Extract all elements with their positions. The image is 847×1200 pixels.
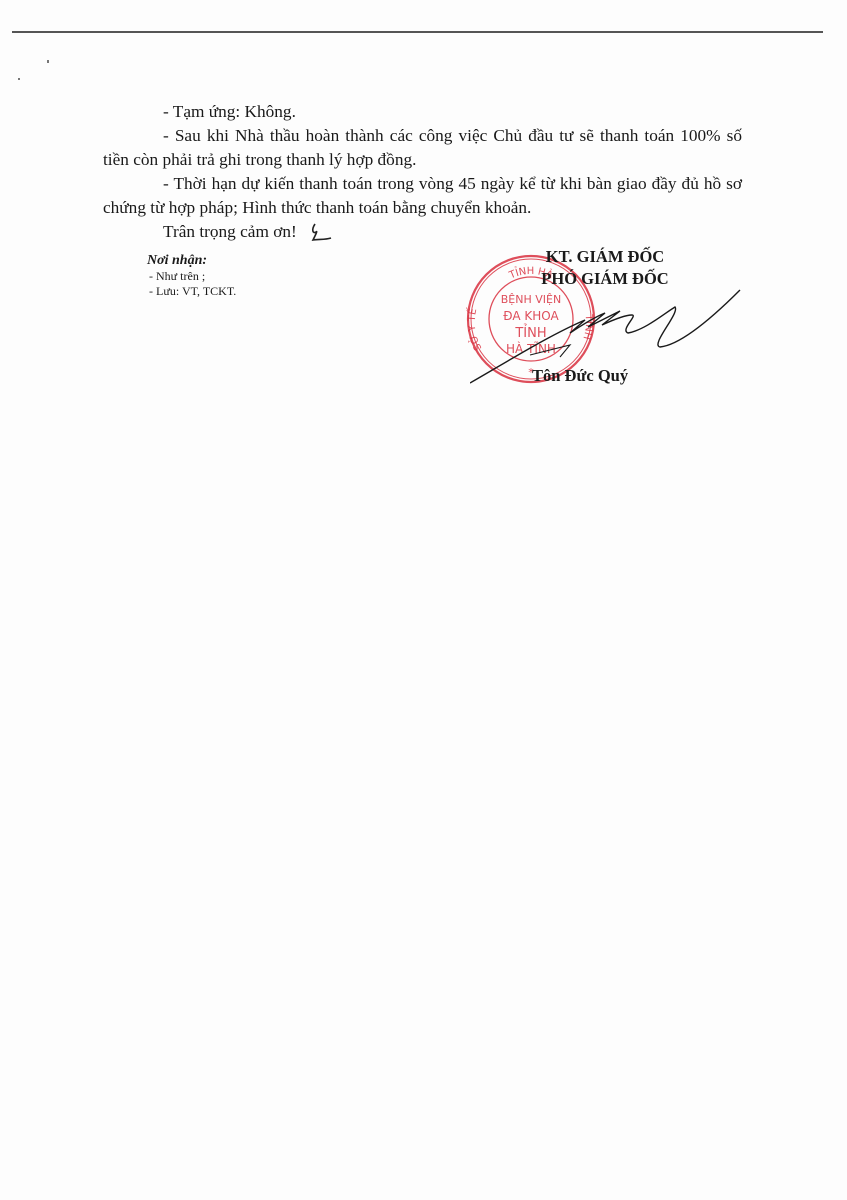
scan-speck — [18, 78, 20, 80]
recipients-block: Nơi nhận: - Như trên ; - Lưu: VT, TCKT. — [147, 252, 236, 299]
recipients-title: Nơi nhận: — [147, 252, 236, 269]
header-rule — [12, 31, 823, 33]
payment-terms: - Tạm ứng: Không. - Sau khi Nhà thầu hoà… — [103, 100, 742, 220]
recipient-item: - Lưu: VT, TCKT. — [147, 284, 236, 299]
scan-speck — [47, 60, 49, 63]
final-payment-paragraph: - Sau khi Nhà thầu hoàn thành các công v… — [103, 124, 742, 172]
signature-block: KT. GIÁM ĐỐC PHÓ GIÁM ĐỐC — [500, 246, 710, 290]
advance-payment-paragraph: - Tạm ứng: Không. — [103, 100, 742, 124]
signature-title-line1: KT. GIÁM ĐỐC — [500, 246, 710, 268]
closing-line: Trân trọng cảm ơn! — [163, 220, 333, 244]
signer-name: Tôn Đức Quý — [532, 366, 628, 386]
recipient-item: - Như trên ; — [147, 269, 236, 284]
closing-text: Trân trọng cảm ơn! — [163, 222, 297, 241]
payment-deadline-paragraph: - Thời hạn dự kiến thanh toán trong vòng… — [103, 172, 742, 220]
initials-mark-icon — [307, 222, 333, 244]
